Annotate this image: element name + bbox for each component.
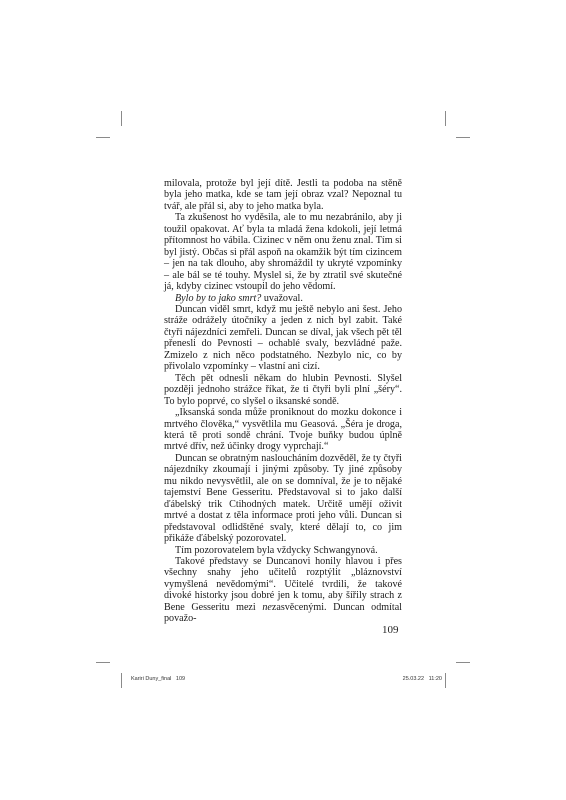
page-number: 109 [382,624,399,636]
paragraph: Duncan viděl smrt, když mu ještě nebylo … [164,304,402,373]
paragraph: Duncan se obratným nasloucháním dozvěděl… [164,453,402,545]
slug-timestamp: 25.03.22 11:20 [403,676,442,682]
paragraph: „Iksanská sonda může proniknout do mozku… [164,407,402,453]
paragraph: milovala, protože byl její dítě. Jestli … [164,178,402,212]
paragraph-text: uvažoval. [261,293,302,304]
crop-mark-top-left-vertical [121,111,122,126]
italic-thought: Bylo by to jako smrt? [175,293,261,304]
crop-mark-top-left-horizontal [96,137,110,138]
crop-mark-bottom-right-horizontal [456,662,470,663]
italic-emphasis: ne [262,602,272,613]
page-body-text: milovala, protože byl její dítě. Jestli … [164,178,402,625]
paragraph: Bylo by to jako smrt? uvažoval. [164,293,402,304]
paragraph: Tím pozorovatelem byla vždycky Schwangyn… [164,545,402,556]
crop-mark-bottom-right-vertical [445,673,446,688]
crop-mark-top-right-vertical [445,111,446,126]
paragraph: Takové představy se Duncanovi honily hla… [164,556,402,625]
crop-mark-top-right-horizontal [456,137,470,138]
slug-file-label: Kariri Duny_final 109 [131,676,185,682]
crop-mark-bottom-left-horizontal [96,662,110,663]
paragraph: Těch pět odnesli někam do hlubin Pevnost… [164,373,402,407]
crop-mark-bottom-left-vertical [121,673,122,688]
paragraph: Ta zkušenost ho vyděsila, ale to mu neza… [164,212,402,292]
